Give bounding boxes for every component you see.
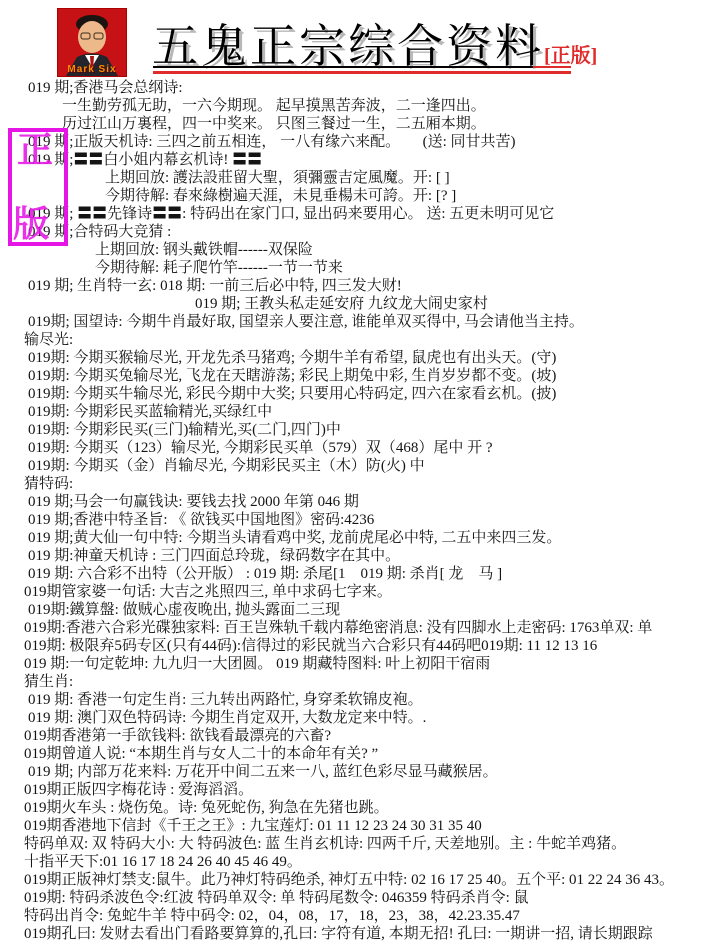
text-line: 019 期;马会一句赢钱诀: 要钱去找 2000 年第 046 期 xyxy=(28,493,720,511)
text-line: 019期: 今期买牛输尽光, 彩民今期中大奖; 只要用心特码定, 四六在家看玄机… xyxy=(28,385,720,403)
text-line: 019 期:神童天机诗 : 三门四面总玲珑，绿码数字在其中。 xyxy=(28,547,720,565)
text-line: 019期: 今期买（123）输尽光, 今期彩民买单（579）双（468）尾中 开… xyxy=(28,439,720,457)
edition-tag: [正版] xyxy=(544,45,597,67)
text-line: 019 期;黄大仙一句中特: 今期当头请看鸡中奖, 龙前虎尾必中特, 二五中来四… xyxy=(28,529,720,547)
photo-caption: Mark Six xyxy=(58,64,126,75)
text-line: 019 期; 内部万花来料: 万花开中间二五来一八, 蓝红色彩尽显马藏猴居。 xyxy=(28,763,720,781)
text-line: 上期回放: 钢头戴铁帽------双保险 xyxy=(95,241,720,259)
text-line: 019 期;合特码大竞猜 : xyxy=(28,223,720,241)
text-line: 历过江山万裏程，四一中奖来。 只图三餐过一生，二五厢本期。 xyxy=(62,115,720,133)
title-underline-black xyxy=(153,66,533,68)
text-line: 019 期;香港中特圣旨: 《 欲钱买中国地图》密码:4236 xyxy=(28,511,720,529)
text-line: 019期: 极限弃5码专区(只有44码):信得过的彩民就当六合彩只有44码吧01… xyxy=(24,637,720,655)
text-line: 019期正版四字梅花诗 : 爱海滔滔。 xyxy=(24,781,720,799)
text-line: 019期: 今期买猴输尽光, 开龙先杀马猪鸡; 今期牛羊有希望, 鼠虎也有出头天… xyxy=(28,349,720,367)
title-underline-red-short xyxy=(533,66,571,68)
text-line: 019 期;香港马会总纲诗: xyxy=(28,79,720,97)
section-label: 输尽光: xyxy=(24,331,720,349)
text-line: 019期: 今期买兔输尽光, 飞龙在天瞎游荡; 彩民上期兔中彩, 生肖岁岁都不变… xyxy=(28,367,720,385)
text-line: 019期; 国望诗: 今期牛肖最好取, 国望亲人要注意, 谁能单双买得中, 马会… xyxy=(28,313,720,331)
text-line: 019期孔曰: 发财去看出门看路要算算的,孔曰: 字符有道, 本期无招! 孔曰:… xyxy=(24,925,720,943)
text-line: 019期管家婆一句话: 大吉之兆照四三, 单中求码七字来。 xyxy=(24,583,720,601)
text-line: 019期香港第一手欲钱料: 欲钱看最漂亮的六畜? xyxy=(24,727,720,745)
text-line: 019期: 今期彩民买(三门)输精光,买(二门,四门)中 xyxy=(28,421,720,439)
text-line: 今期待解: 耗子爬竹竿------一节一节来 xyxy=(95,259,720,277)
text-line: 019 期:一句定乾坤: 九九归一大团圆。 019 期藏特图料: 叶上初阳干宿雨 xyxy=(24,655,720,673)
text-line: 019期香港地下信封《千王之王》: 九宝莲灯: 01 11 12 23 24 3… xyxy=(24,817,720,835)
text-line: 019期正版神灯禁支:鼠牛。此乃神灯特码绝杀, 神灯五中特: 02 16 17 … xyxy=(24,871,720,889)
text-line: 一生勤劳孤无助，一六今期现。 起早摸黑苦奔波，二一逢四出。 xyxy=(62,97,720,115)
text-line: 019期:鐵算盤: 做贼心虚夜晚出, 抛头露面二三现 xyxy=(28,601,720,619)
text-line: 019期: 特码杀波色令:红波 特码单双令: 单 特码尾数令: 046359 特… xyxy=(24,889,720,907)
section-label: 猜生肖: xyxy=(24,673,720,691)
section-label: 猜特码: xyxy=(24,475,720,493)
text-line: 十指平天下:01 16 17 18 24 26 40 45 46 49。 xyxy=(24,853,720,871)
text-line: 019 期: 澳门双色特码诗: 今期生肖定双开, 大数龙定来中特。. xyxy=(28,709,720,727)
text-line: 019 期; 生肖特一玄: 018 期: 一前三后必中特, 四三发大财! xyxy=(28,277,720,295)
text-line: 特码单双: 双 特码大小: 大 特码波色: 蓝 生肖玄机诗: 四两千斤, 天差地… xyxy=(24,835,720,853)
portrait-photo: Mark Six xyxy=(57,8,127,77)
text-line: 019期:香港六合彩光碟独家料: 百王岂殊轨千载内幕绝密消息: 没有四脚水上走密… xyxy=(24,619,720,637)
text-line: 019 期;〓〓白小姐内幕玄机诗! 〓〓 xyxy=(28,151,720,169)
text-line: 上期回放: 護法設莊留大聖，須彌靈吉定風魔。开: [ ] xyxy=(105,169,720,187)
watermark-char-top: 正 xyxy=(17,132,53,168)
text-line: 019 期: 香港一句定生肖: 三九转出两路忙, 身穿柔软锦皮袍。 xyxy=(28,691,720,709)
text-line: 019期曾道人说: “本期生肖与女人二十的本命年有关? ” xyxy=(24,745,720,763)
watermark-char-bottom: 版 xyxy=(13,206,49,242)
text-line: 019期火车头 : 烧伤兔。诗: 兔死蛇伤, 狗急在先猪也跳。 xyxy=(24,799,720,817)
text-line: 019期: 今期彩民买蓝输精光,买绿红中 xyxy=(28,403,720,421)
lottery-info-sheet: Mark Six 五鬼正宗综合资料[正版] 正 版 019 期;香港马会总纲诗:… xyxy=(0,0,720,944)
text-line: 019 期: 六合彩不出特（公开版） : 019 期: 杀尾[1 019 期: … xyxy=(28,565,720,583)
body-text: 019 期;香港马会总纲诗: 一生勤劳孤无助，一六今期现。 起早摸黑苦奔波，二一… xyxy=(0,79,720,943)
title-underline-red xyxy=(153,71,571,74)
text-line: 019期: 今期买（金）肖输尽光, 今期彩民买主（木）防(火) 中 xyxy=(28,457,720,475)
text-line: 019 期;正版天机诗: 三四之前五相连， 一八有缘六来配。 (送: 同甘共苦) xyxy=(28,133,720,151)
text-line: 特码出肖令: 兔蛇牛羊 特中码令: 02，04，08，17，18，23，38，4… xyxy=(24,907,720,925)
text-line: 019 期; 〓〓先锋诗〓〓: 特码出在家门口, 显出码来要用心。 送: 五更未… xyxy=(28,205,720,223)
text-line: 今期待解: 春來綠樹遍天涯，未見垂楊未可誇。开: [? ] xyxy=(105,187,720,205)
title-text: 五鬼正宗综合资料 xyxy=(152,21,544,72)
text-line: 019 期; 王教头私走延安府 九纹龙大闹史家村 xyxy=(195,295,720,313)
